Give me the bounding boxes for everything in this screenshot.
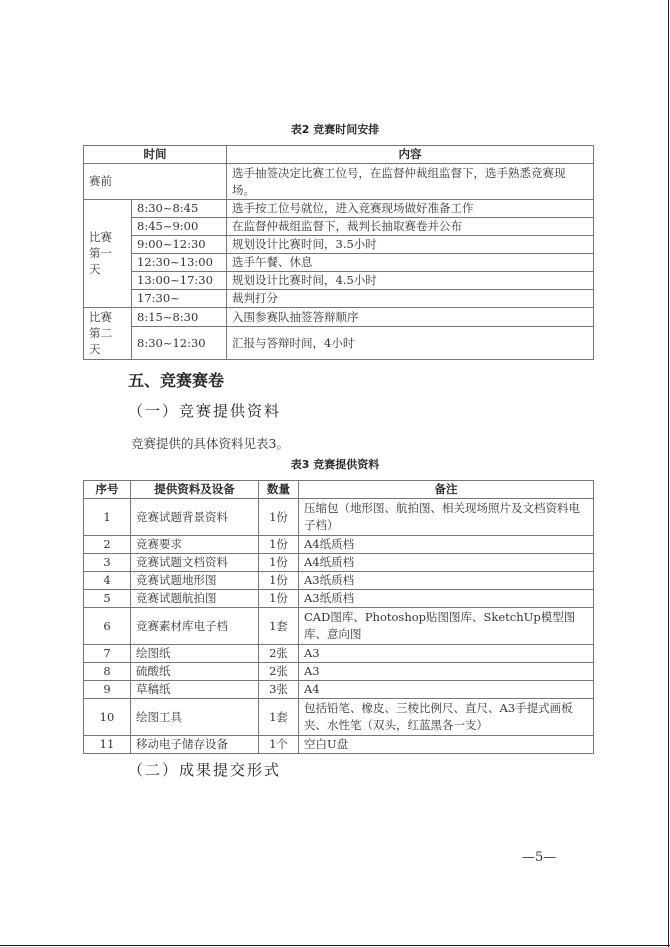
table-row: 11 移动电子储存设备 1个 空白U盘 [84,736,594,754]
table-row: 比赛 第二 天 8:15~8:30 入围参赛队抽签答辩顺序 [84,308,594,327]
table-header-row: 序号 提供资料及设备 数量 备注 [84,481,594,499]
content-cell: 选手按工位号就位，进入竞赛现场做好准备工作 [227,200,594,218]
day1-label-line: 第一 [89,246,112,260]
table-row: 4 竞赛试题地形图 1份 A3纸质档 [84,572,594,590]
table-row: 比赛 第一 天 8:30~8:45 选手按工位号就位，进入竞赛现场做好准备工作 [84,200,594,218]
content-cell: 汇报与答辩时间，4小时 [227,327,594,360]
day2-label-line: 第二 [89,326,112,340]
no-cell: 2 [84,536,131,554]
note-cell: 包括铅笔、橡皮、三棱比例尺、直尺、A3手提式画板夹、水性笔（双头，红蓝黑各一支） [299,699,594,736]
note-cell: A4纸质档 [299,536,594,554]
table-row: 8:45~9:00 在监督仲裁组监督下，裁判长抽取赛卷并公布 [84,218,594,236]
header-no: 序号 [84,481,131,499]
table-row: 2 竞赛要求 1份 A4纸质档 [84,536,594,554]
table-row: 8:30~12:30 汇报与答辩时间，4小时 [84,327,594,360]
no-cell: 7 [84,645,131,663]
page-number: —5— [522,850,556,865]
no-cell: 3 [84,554,131,572]
day1-label: 比赛 第一 天 [84,200,132,308]
time-cell: 9:00~12:30 [132,236,227,254]
no-cell: 11 [84,736,131,754]
content-cell: 入围参赛队抽签答辩顺序 [227,308,594,327]
subsection-heading-1: （一）竞赛提供资料 [128,400,281,421]
content-cell: 选手午餐、休息 [227,254,594,272]
content-cell: 规划设计比赛时间，4.5小时 [227,272,594,290]
no-cell: 8 [84,663,131,681]
note-cell: 压缩包（地形图、航拍图、相关现场照片及文档资料电子档） [299,499,594,536]
pre-label: 赛前 [84,164,227,200]
qty-cell: 1份 [259,536,299,554]
note-cell: A3 [299,645,594,663]
item-cell: 竞赛试题背景资料 [131,499,259,536]
item-cell: 竞赛试题文档资料 [131,554,259,572]
day2-label: 比赛 第二 天 [84,308,132,360]
table-row: 9 草稿纸 3张 A4 [84,681,594,699]
header-item: 提供资料及设备 [131,481,259,499]
time-cell: 8:45~9:00 [132,218,227,236]
content-cell: 裁判打分 [227,290,594,308]
section-heading: 五、竞赛赛卷 [128,368,224,391]
note-cell: A3 [299,663,594,681]
table-row: 8 硫酸纸 2张 A3 [84,663,594,681]
day2-label-line: 天 [89,342,101,356]
no-cell: 4 [84,572,131,590]
no-cell: 5 [84,590,131,608]
table-row: 17:30~ 裁判打分 [84,290,594,308]
no-cell: 1 [84,499,131,536]
table-row: 赛前 选手抽签决定比赛工位号，在监督仲裁组监督下，选手熟悉竞赛现场。 [84,164,594,200]
qty-cell: 1套 [259,699,299,736]
header-qty: 数量 [259,481,299,499]
qty-cell: 1份 [259,572,299,590]
page-border-bottom [0,945,670,946]
qty-cell: 1份 [259,554,299,572]
qty-cell: 2张 [259,645,299,663]
page-border-right [668,0,669,947]
note-cell: A3纸质档 [299,590,594,608]
qty-cell: 1份 [259,499,299,536]
table2-caption: 表2 竞赛时间安排 [0,121,670,137]
item-cell: 草稿纸 [131,681,259,699]
no-cell: 10 [84,699,131,736]
item-cell: 硫酸纸 [131,663,259,681]
content-cell: 规划设计比赛时间，3.5小时 [227,236,594,254]
time-cell: 8:30~12:30 [132,327,227,360]
item-cell: 竞赛要求 [131,536,259,554]
day1-label-line: 天 [89,262,101,276]
table3-caption: 表3 竞赛提供资料 [0,456,670,472]
qty-cell: 2张 [259,663,299,681]
item-cell: 绘图纸 [131,645,259,663]
body-paragraph: 竞赛提供的具体资料见表3。 [131,434,289,452]
qty-cell: 1份 [259,590,299,608]
no-cell: 9 [84,681,131,699]
note-cell: CAD图库、Photoshop贴图图库、SketchUp模型图库、意向图 [299,608,594,645]
item-cell: 移动电子储存设备 [131,736,259,754]
time-cell: 13:00~17:30 [132,272,227,290]
day2-label-line: 比赛 [89,310,112,324]
table-row: 7 绘图纸 2张 A3 [84,645,594,663]
table-header-row: 时间 内容 [84,146,594,164]
subsection-heading-2: （二）成果提交形式 [128,759,281,780]
table-row: 13:00~17:30 规划设计比赛时间，4.5小时 [84,272,594,290]
table-row: 6 竞赛素材库电子档 1套 CAD图库、Photoshop贴图图库、Sketch… [84,608,594,645]
table-row: 12:30~13:00 选手午餐、休息 [84,254,594,272]
note-cell: A4 [299,681,594,699]
header-time: 时间 [84,146,227,164]
item-cell: 竞赛素材库电子档 [131,608,259,645]
item-cell: 竞赛试题航拍图 [131,590,259,608]
header-content: 内容 [227,146,594,164]
table-row: 9:00~12:30 规划设计比赛时间，3.5小时 [84,236,594,254]
time-cell: 8:30~8:45 [132,200,227,218]
content-cell: 在监督仲裁组监督下，裁判长抽取赛卷并公布 [227,218,594,236]
note-cell: 空白U盘 [299,736,594,754]
time-cell: 17:30~ [132,290,227,308]
qty-cell: 1套 [259,608,299,645]
schedule-table: 时间 内容 赛前 选手抽签决定比赛工位号，在监督仲裁组监督下，选手熟悉竞赛现场。… [83,145,594,360]
time-cell: 12:30~13:00 [132,254,227,272]
header-note: 备注 [299,481,594,499]
note-cell: A3纸质档 [299,572,594,590]
qty-cell: 1个 [259,736,299,754]
time-cell: 8:15~8:30 [132,308,227,327]
no-cell: 6 [84,608,131,645]
table-row: 10 绘图工具 1套 包括铅笔、橡皮、三棱比例尺、直尺、A3手提式画板夹、水性笔… [84,699,594,736]
note-cell: A4纸质档 [299,554,594,572]
qty-cell: 3张 [259,681,299,699]
pre-content: 选手抽签决定比赛工位号，在监督仲裁组监督下，选手熟悉竞赛现场。 [227,164,594,200]
day1-label-line: 比赛 [89,230,112,244]
item-cell: 竞赛试题地形图 [131,572,259,590]
table-row: 3 竞赛试题文档资料 1份 A4纸质档 [84,554,594,572]
item-cell: 绘图工具 [131,699,259,736]
materials-table: 序号 提供资料及设备 数量 备注 1 竞赛试题背景资料 1份 压缩包（地形图、航… [83,480,594,754]
table-row: 1 竞赛试题背景资料 1份 压缩包（地形图、航拍图、相关现场照片及文档资料电子档… [84,499,594,536]
table-row: 5 竞赛试题航拍图 1份 A3纸质档 [84,590,594,608]
